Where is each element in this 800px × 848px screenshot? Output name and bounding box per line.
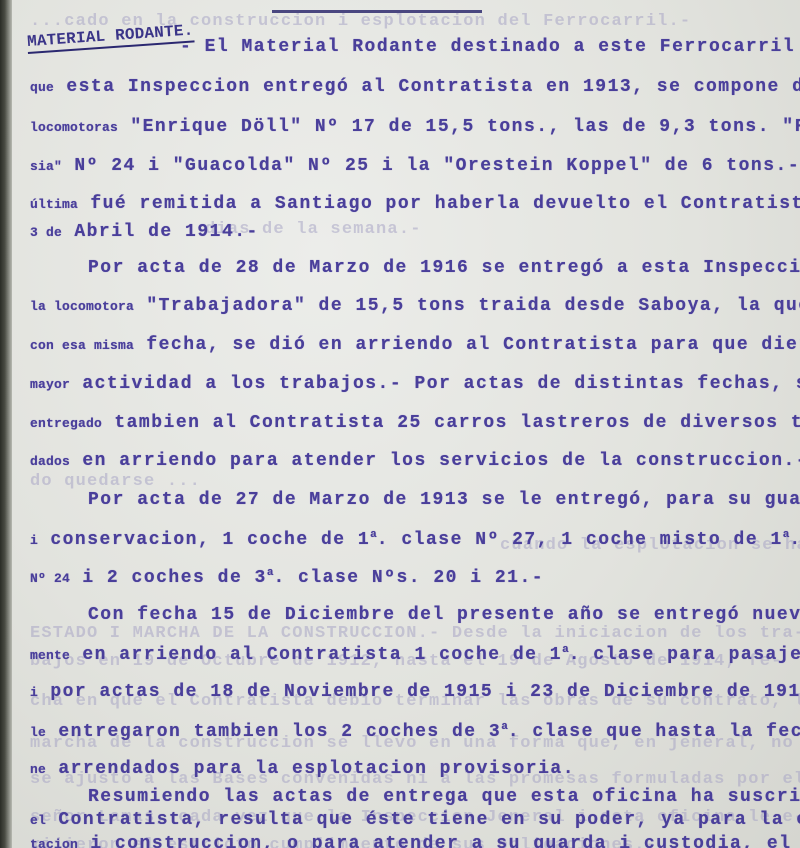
line-text: fué remitida a Santiago por haberla devu… [78, 194, 800, 214]
line-text: Contratista, resulta que éste tiene en s… [46, 810, 800, 830]
line-text: Nº 24 i "Guacolda" Nº 25 i la "Orestein … [62, 156, 800, 176]
line-prefix: i [30, 685, 38, 700]
text-line: - El Material Rodante destinado a este F… [180, 37, 800, 57]
line-prefix: entregado [30, 416, 102, 431]
text-line: Con fecha 15 de Diciembre del presente a… [88, 605, 800, 625]
text-line: el Contratista, resulta que éste tiene e… [30, 810, 800, 830]
line-prefix: tacion [30, 837, 78, 848]
text-line: dados en arriendo para atender los servi… [30, 451, 800, 471]
text-line: Por acta de 27 de Marzo de 1913 se le en… [88, 490, 800, 510]
line-prefix: mente [30, 648, 70, 663]
line-text: Por acta de 27 de Marzo de 1913 se le en… [88, 490, 800, 510]
line-prefix: el [30, 813, 46, 828]
text-line: 3 de Abril de 1914.- [30, 222, 259, 242]
line-prefix: sia" [30, 159, 62, 174]
text-line: ne arrendados para la esplotacion provis… [30, 759, 575, 779]
line-text: i construccion, o para atender a su guar… [78, 834, 800, 848]
line-text: i 2 coches de 3a. clase Nºs. 20 i 21.- [70, 568, 544, 588]
line-prefix: con esa misma [30, 338, 134, 353]
text-line: i por actas de 18 de Noviembre de 1915 i… [30, 682, 800, 702]
text-line: que esta Inspeccion entregó al Contratis… [30, 77, 800, 97]
text-line: locomotoras "Enrique Döll" Nº 17 de 15,5… [30, 117, 800, 137]
line-prefix: locomotoras [30, 120, 118, 135]
line-text: en arriendo para atender los servicios d… [70, 451, 800, 471]
line-text: "Trabajadora" de 15,5 tons traida desde … [134, 296, 800, 316]
scanned-document-page: ...cado en la construccion i esplotacion… [0, 0, 800, 848]
text-line: Por acta de 28 de Marzo de 1916 se entre… [88, 258, 800, 278]
text-line: mayor actividad a los trabajos.- Por act… [30, 374, 800, 394]
line-text: esta Inspeccion entregó al Contratista e… [54, 77, 800, 97]
text-line: tacion i construccion, o para atender a … [30, 834, 800, 848]
text-line: la locomotora "Trabajadora" de 15,5 tons… [30, 296, 800, 316]
line-text: Con fecha 15 de Diciembre del presente a… [88, 605, 800, 625]
text-line: entregado tambien al Contratista 25 carr… [30, 413, 800, 433]
line-text: conservacion, 1 coche de 1a. clase Nº 27… [38, 530, 800, 550]
text-line: Resumiendo las actas de entrega que esta… [88, 787, 800, 807]
line-text: "Enrique Döll" Nº 17 de 15,5 tons., las … [118, 117, 800, 137]
page-binding-edge [0, 0, 12, 848]
line-text: - El Material Rodante destinado a este F… [180, 37, 800, 57]
line-prefix: ne [30, 762, 46, 777]
line-text: por actas de 18 de Noviembre de 1915 i 2… [38, 682, 800, 702]
line-prefix: última [30, 197, 78, 212]
line-text: Resumiendo las actas de entrega que esta… [88, 787, 800, 807]
line-text: actividad a los trabajos.- Por actas de … [70, 374, 800, 394]
line-prefix: Nº 24 [30, 571, 70, 586]
text-line: le entregaron tambien los 2 coches de 3a… [30, 721, 800, 742]
line-text: arrendados para la esplotacion provisori… [46, 759, 575, 779]
line-prefix: que [30, 80, 54, 95]
line-prefix: mayor [30, 377, 70, 392]
line-text: entregaron tambien los 2 coches de 3a. c… [46, 722, 800, 742]
line-text: tambien al Contratista 25 carros lastrer… [102, 413, 800, 433]
line-prefix: le [30, 725, 46, 740]
line-prefix: 3 de [30, 225, 62, 240]
line-prefix: la locomotora [30, 299, 134, 314]
line-text: Abril de 1914.- [62, 222, 259, 242]
bleed-through-line: ESTADO I MARCHA DE LA CONSTRUCCION.- Des… [30, 624, 800, 643]
line-text: en arriendo al Contratista 1 coche de 1a… [70, 645, 800, 665]
text-line: sia" Nº 24 i "Guacolda" Nº 25 i la "Ores… [30, 156, 800, 176]
bleed-through-line: do quedarse ... [30, 472, 201, 491]
text-line: última fué remitida a Santiago por haber… [30, 194, 800, 214]
text-line: Nº 24 i 2 coches de 3a. clase Nºs. 20 i … [30, 567, 544, 588]
line-text: Por acta de 28 de Marzo de 1916 se entre… [88, 258, 800, 278]
text-line: i conservacion, 1 coche de 1a. clase Nº … [30, 529, 800, 550]
line-prefix: i [30, 533, 38, 548]
line-prefix: dados [30, 454, 70, 469]
line-text: fecha, se dió en arriendo al Contratista… [134, 335, 800, 355]
text-line: con esa misma fecha, se dió en arriendo … [30, 335, 800, 355]
text-line: mente en arriendo al Contratista 1 coche… [30, 644, 800, 665]
